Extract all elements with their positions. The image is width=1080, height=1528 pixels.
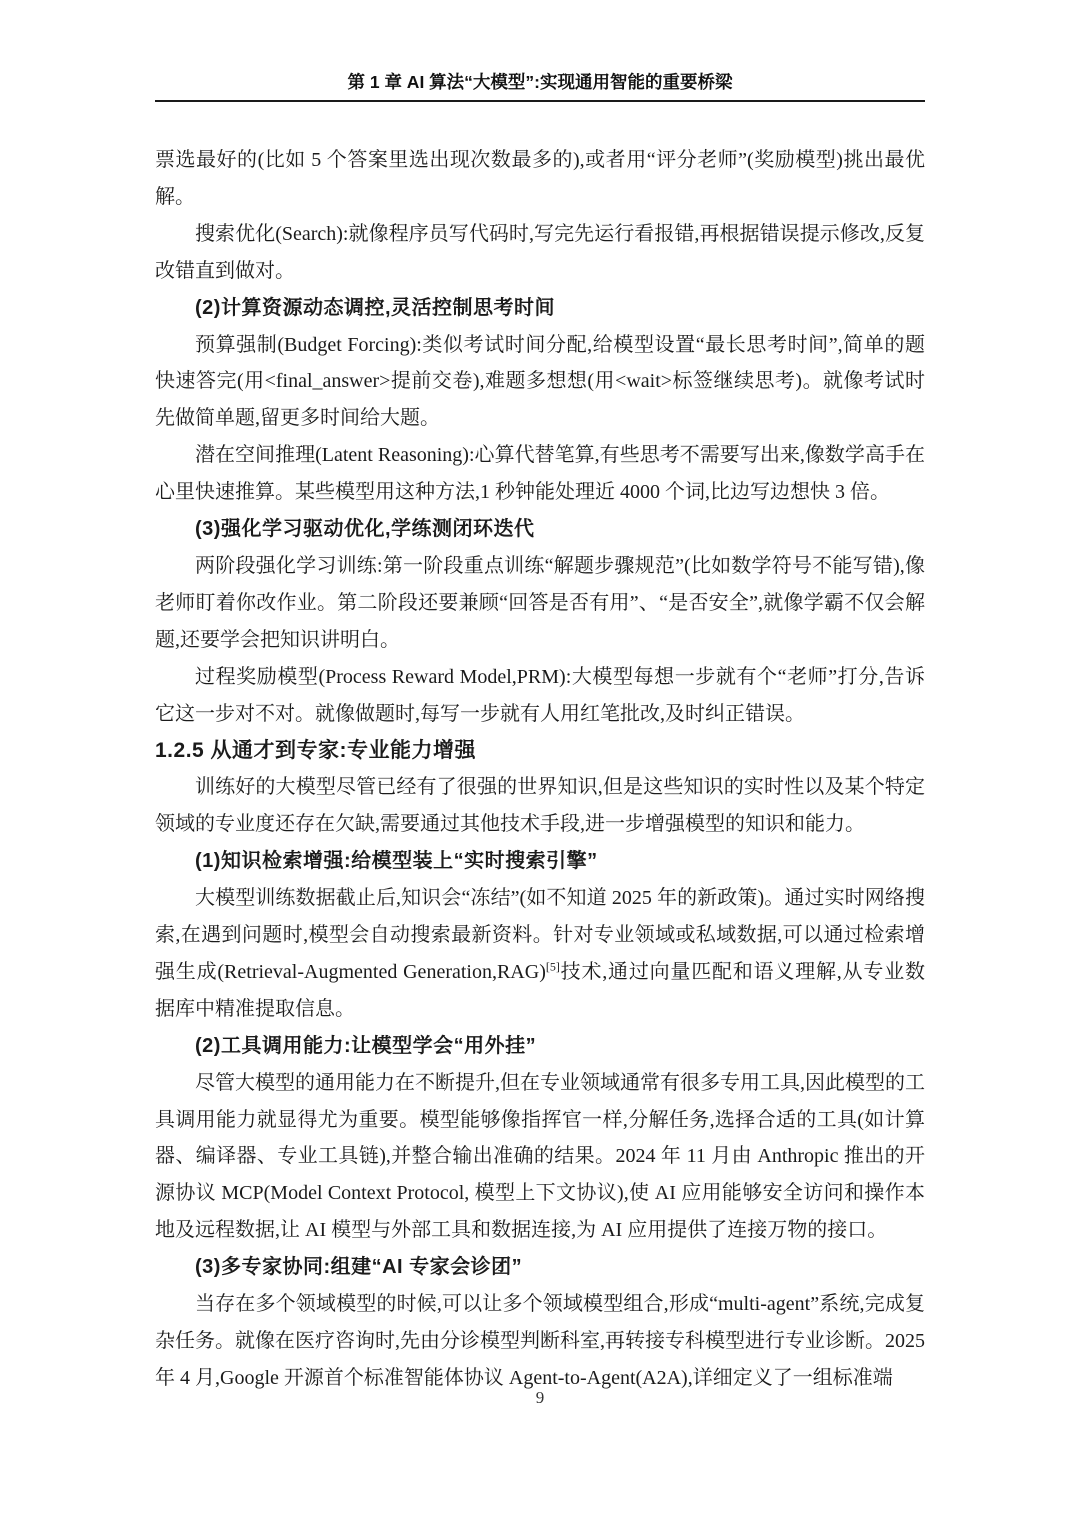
paragraph-multi-agent: 当存在多个领域模型的时候,可以让多个领域模型组合,形成“multi-agent”…: [155, 1286, 925, 1397]
paragraph-budget-forcing: 预算强制(Budget Forcing):类似考试时间分配,给模型设置“最长思考…: [155, 327, 925, 438]
paragraph-two-stage-rl: 两阶段强化学习训练:第一阶段重点训练“解题步骤规范”(比如数学符号不能写错),像…: [155, 548, 925, 659]
paragraph-rag: 大模型训练数据截止后,知识会“冻结”(如不知道 2025 年的新政策)。通过实时…: [155, 880, 925, 1028]
heading-knowledge-retrieval: (1)知识检索增强:给模型装上“实时搜索引擎”: [155, 843, 925, 880]
heading-compute-resource-control: (2)计算资源动态调控,灵活控制思考时间: [155, 290, 925, 327]
heading-tool-calling: (2)工具调用能力:让模型学会“用外挂”: [155, 1028, 925, 1065]
page-number: 9: [0, 1388, 1080, 1408]
paragraph-process-reward-model: 过程奖励模型(Process Reward Model,PRM):大模型每想一步…: [155, 659, 925, 733]
paragraph-latent-reasoning: 潜在空间推理(Latent Reasoning):心算代替笔算,有些思考不需要写…: [155, 437, 925, 511]
section-heading-1-2-5: 1.2.5 从通才到专家:专业能力增强: [155, 733, 925, 770]
document-page: 第 1 章 AI 算法“大模型”:实现通用智能的重要桥梁 票选最好的(比如 5 …: [155, 0, 925, 1397]
document-body: 票选最好的(比如 5 个答案里选出现次数最多的),或者用“评分老师”(奖励模型)…: [155, 142, 925, 1397]
paragraph-section-intro: 训练好的大模型尽管已经有了很强的世界知识,但是这些知识的实时性以及某个特定领域的…: [155, 769, 925, 843]
heading-multi-expert: (3)多专家协同:组建“AI 专家会诊团”: [155, 1249, 925, 1286]
paragraph-continuation: 票选最好的(比如 5 个答案里选出现次数最多的),或者用“评分老师”(奖励模型)…: [155, 142, 925, 216]
running-header-title: 第 1 章 AI 算法“大模型”:实现通用智能的重要桥梁: [155, 0, 925, 94]
citation-superscript-5: [5]: [546, 959, 560, 973]
header-rule: [155, 100, 925, 102]
paragraph-search-optimization: 搜索优化(Search):就像程序员写代码时,写完先运行看报错,再根据错误提示修…: [155, 216, 925, 290]
paragraph-mcp: 尽管大模型的通用能力在不断提升,但在专业领域通常有很多专用工具,因此模型的工具调…: [155, 1065, 925, 1250]
heading-rl-driven-optimization: (3)强化学习驱动优化,学练测闭环迭代: [155, 511, 925, 548]
